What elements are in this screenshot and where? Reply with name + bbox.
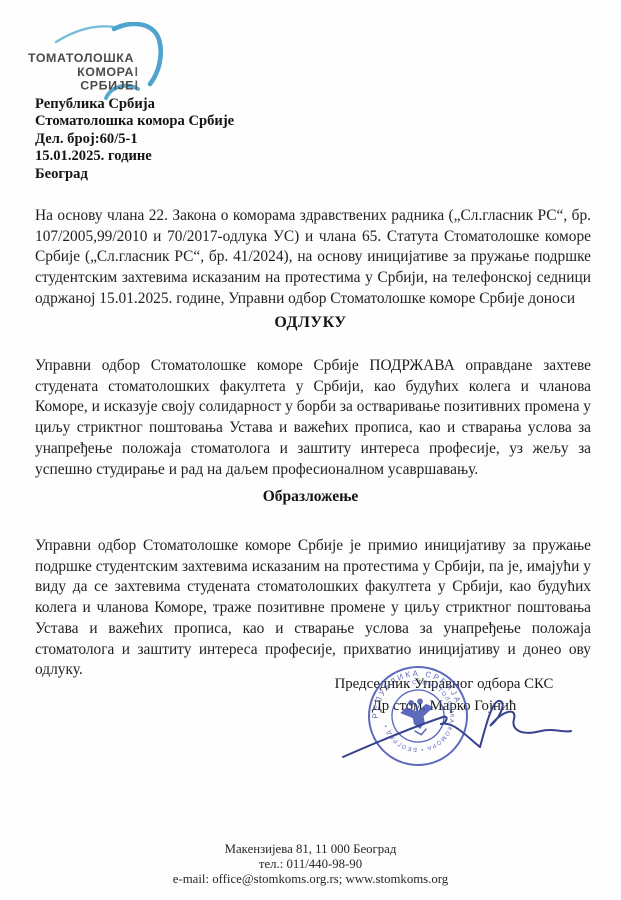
logo-bar-2	[136, 81, 138, 90]
decision-paragraph: Управни одбор Стоматолошке коморе Србије…	[35, 356, 591, 480]
document-page: СТОМАТОЛОШКА КОМОРА СРБИЈЕ Република Срб…	[0, 0, 621, 900]
logo-bar-1	[136, 67, 138, 76]
rationale-paragraph: Управни одбор Стоматолошке коморе Србије…	[35, 536, 591, 681]
footer-phone: тел.: 011/440-98-90	[0, 857, 621, 872]
intro-paragraph: На основу члана 22. Закона о коморама зд…	[35, 206, 591, 310]
tooth-swoosh-icon: СТОМАТОЛОШКА КОМОРА СРБИЈЕ	[28, 22, 188, 107]
letterhead-country: Република Србија	[35, 96, 234, 113]
letterhead-ref-number: Дел. број:60/5-1	[35, 131, 234, 148]
org-logo: СТОМАТОЛОШКА КОМОРА СРБИЈЕ	[28, 22, 188, 107]
logo-text-line2: КОМОРА	[77, 65, 134, 79]
letterhead-organization: Стоматолошка комора Србије	[35, 113, 234, 130]
handwritten-signature	[335, 685, 575, 780]
logo-text-line3: СРБИЈЕ	[80, 79, 134, 93]
footer-email-web: e-mail: office@stomkoms.org.rs; www.stom…	[0, 872, 621, 887]
footer-contact: Макензијева 81, 11 000 Београд тел.: 011…	[0, 842, 621, 888]
rationale-heading: Образложење	[0, 488, 621, 506]
letterhead-date: 15.01.2025. године	[35, 148, 234, 165]
footer-address: Макензијева 81, 11 000 Београд	[0, 842, 621, 857]
letterhead-city: Београд	[35, 166, 234, 183]
decision-heading: ОДЛУКУ	[0, 314, 621, 332]
logo-text-line1: СТОМАТОЛОШКА	[28, 51, 134, 65]
letterhead: Република Србија Стоматолошка комора Срб…	[35, 96, 234, 183]
